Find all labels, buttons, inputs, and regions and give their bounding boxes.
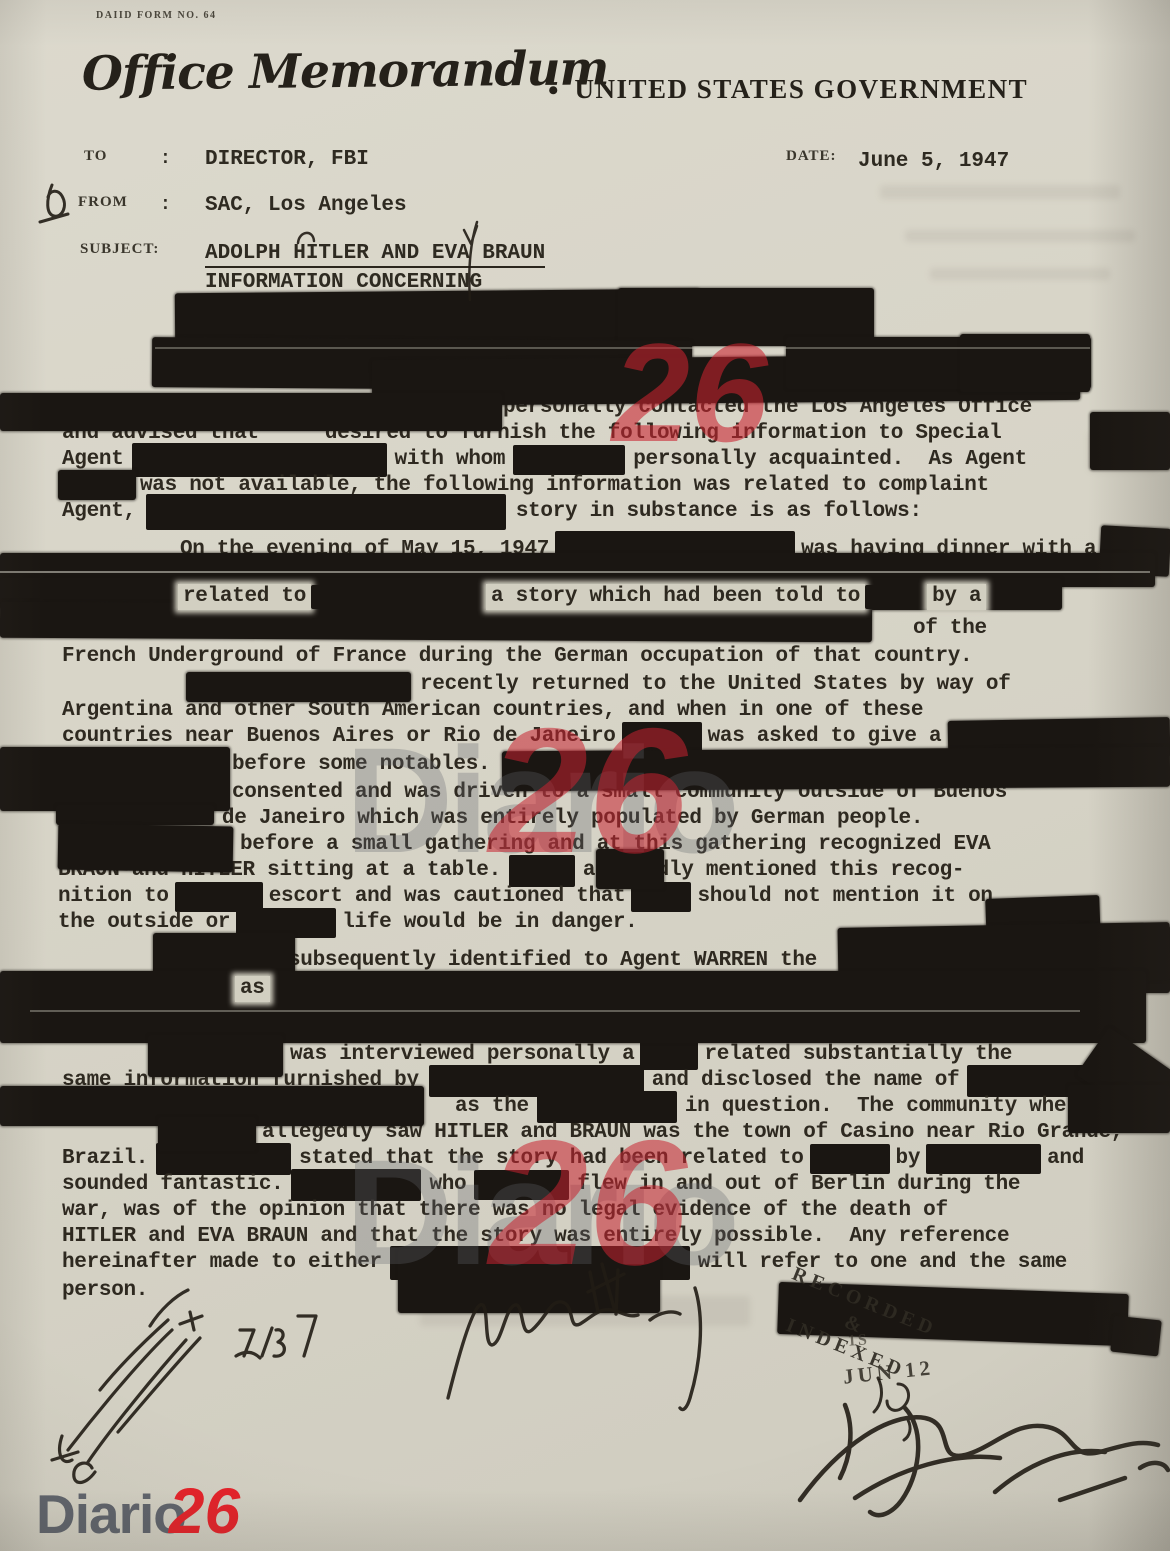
from-colon: : <box>160 195 171 215</box>
bleed-artifact <box>930 268 1110 280</box>
signature-right <box>800 1405 1168 1515</box>
typed-text: personally acquainted. As Agent <box>633 447 1027 473</box>
redaction-block <box>1090 412 1170 470</box>
redaction-block <box>58 470 136 500</box>
to-colon: : <box>160 149 171 169</box>
typed-text: and <box>1047 1146 1084 1172</box>
typed-line-6: Agent,story in substance is as follows: <box>62 499 922 525</box>
scanned-fbi-memo-page: DAIID FORM NO. 64 Office Memorandum •UNI… <box>0 0 1170 1551</box>
typed-text: flew in and out of Berlin during the <box>577 1172 1020 1198</box>
handwritten-mark-from <box>48 185 65 216</box>
redaction-inline <box>865 585 927 609</box>
redaction-block <box>56 805 214 825</box>
typed-line-32: person. <box>62 1278 148 1304</box>
org-title-row: •UNITED STATES GOVERNMENT <box>548 74 1028 108</box>
redaction-block <box>596 849 664 889</box>
redaction-inline <box>146 494 506 530</box>
typed-text: war, was of the opinion that there was n… <box>62 1198 948 1224</box>
redaction-block <box>502 747 1170 792</box>
typed-line-23: was interviewed personally arelated subs… <box>290 1042 1012 1068</box>
redaction-inline <box>622 722 702 752</box>
redaction-inline <box>926 1144 1041 1174</box>
signature-left <box>52 1290 316 1483</box>
typed-line-28: sounded fantastic.whoflew in and out of … <box>62 1172 1020 1198</box>
typed-text: of the <box>913 616 987 642</box>
redaction-inline <box>640 1040 698 1070</box>
typed-line-22: as <box>235 976 270 1002</box>
typed-text: who <box>429 1172 466 1198</box>
diario26-logo: Diario 26 <box>36 1474 240 1548</box>
typed-text: Agent, <box>62 499 136 525</box>
redaction-block <box>398 1249 660 1313</box>
typed-text: related substantially the <box>704 1042 1012 1068</box>
typed-text: person. <box>62 1278 148 1304</box>
handwritten-mark-from <box>40 214 68 222</box>
from-value: SAC, Los Angeles <box>205 194 407 217</box>
typed-text: escort and was cautioned that <box>269 884 626 910</box>
redaction-block <box>58 823 234 872</box>
scan-artifact <box>30 1010 1080 1012</box>
scan-artifact <box>155 347 1090 349</box>
typed-text: hereinafter made to either <box>62 1250 382 1276</box>
typed-text: life would be in danger. <box>342 910 637 936</box>
redaction-inline <box>132 443 387 477</box>
form-number: DAIID FORM NO. 64 <box>96 10 217 21</box>
typed-line-25: as thein question. The community where <box>455 1094 1091 1120</box>
typed-line-20: the outside orlife would be in danger. <box>58 910 637 936</box>
date-value: June 5, 1947 <box>858 150 1009 173</box>
typed-text: and disclosed the name of <box>652 1068 960 1094</box>
typed-text: will refer to one and the same <box>698 1250 1067 1276</box>
bleed-artifact <box>880 185 1120 199</box>
typed-text: should not mention it on <box>697 884 992 910</box>
typed-line-9: of the <box>913 616 987 642</box>
redaction-inline <box>474 1170 569 1200</box>
redaction-block <box>158 1117 256 1151</box>
redaction-inline <box>537 1091 677 1123</box>
typed-text: recently returned to the United States b… <box>420 672 1011 698</box>
redaction-block <box>0 393 502 431</box>
redaction-block <box>0 747 230 811</box>
scrawl-under-stamp <box>874 1378 910 1440</box>
redaction-inline <box>311 585 486 609</box>
typed-line-11: recently returned to the United States b… <box>420 672 1011 698</box>
redaction-block <box>0 971 1146 1043</box>
redaction-block <box>1068 1085 1170 1133</box>
redaction-block <box>960 334 1090 392</box>
separator-dot: • <box>548 74 559 107</box>
org-title: UNITED STATES GOVERNMENT <box>575 74 1029 104</box>
typed-text: a story which had been told to <box>486 584 865 610</box>
typed-text: with whom <box>395 447 506 473</box>
typed-line-4: Agentwith whompersonally acquainted. As … <box>62 447 1027 473</box>
redaction-inline <box>513 445 625 475</box>
subject-label: SUBJECT: <box>80 241 159 258</box>
to-value: DIRECTOR, FBI <box>205 148 369 171</box>
typed-text: was asked to give a <box>708 724 942 750</box>
subject-line-1: ADOLPH HITLER AND EVA BRAUN <box>205 242 545 265</box>
redaction-inline <box>810 1144 890 1174</box>
typed-text: story in substance is as follows: <box>516 499 922 525</box>
scan-artifact <box>0 571 1150 573</box>
typed-text: French Underground of France during the … <box>62 644 972 670</box>
typed-line-8: related toa story which had been told to… <box>178 584 986 610</box>
stamp-code: 1S <box>847 1331 869 1350</box>
typed-text: in question. The community where <box>685 1094 1091 1120</box>
typed-text: nition to <box>58 884 169 910</box>
redaction-block <box>1110 1316 1162 1357</box>
typed-text: sounded fantastic. <box>62 1172 283 1198</box>
typed-line-10: French Underground of France during the … <box>62 644 972 670</box>
typed-line-29: war, was of the opinion that there was n… <box>62 1198 948 1224</box>
redaction-block <box>186 672 411 702</box>
typed-line-19: nition toescort and was cautioned thatsh… <box>58 884 993 910</box>
subject-text-1: ADOLPH HITLER AND EVA BRAUN <box>205 242 545 268</box>
bleed-artifact <box>905 230 1135 242</box>
date-label: DATE: <box>786 148 837 165</box>
from-label: FROM <box>78 194 128 211</box>
typed-line-14: before some notables. <box>232 752 490 778</box>
typed-text: Brazil. <box>62 1146 148 1172</box>
logo-gray-text: Diario <box>36 1482 186 1546</box>
redaction-block <box>148 1035 283 1077</box>
typed-text: before some notables. <box>232 752 490 778</box>
typed-text: as the <box>455 1094 529 1120</box>
typed-text: by <box>896 1146 921 1172</box>
typed-text: as <box>235 976 270 1002</box>
to-label: TO <box>84 148 107 165</box>
typed-text: by a <box>927 584 986 610</box>
redaction-inline <box>291 1169 421 1201</box>
logo-red-text: 26 <box>169 1474 240 1548</box>
typed-text: related to <box>178 584 311 610</box>
memo-script-title: Office Memorandum <box>82 45 609 98</box>
redaction-inline <box>509 855 575 887</box>
